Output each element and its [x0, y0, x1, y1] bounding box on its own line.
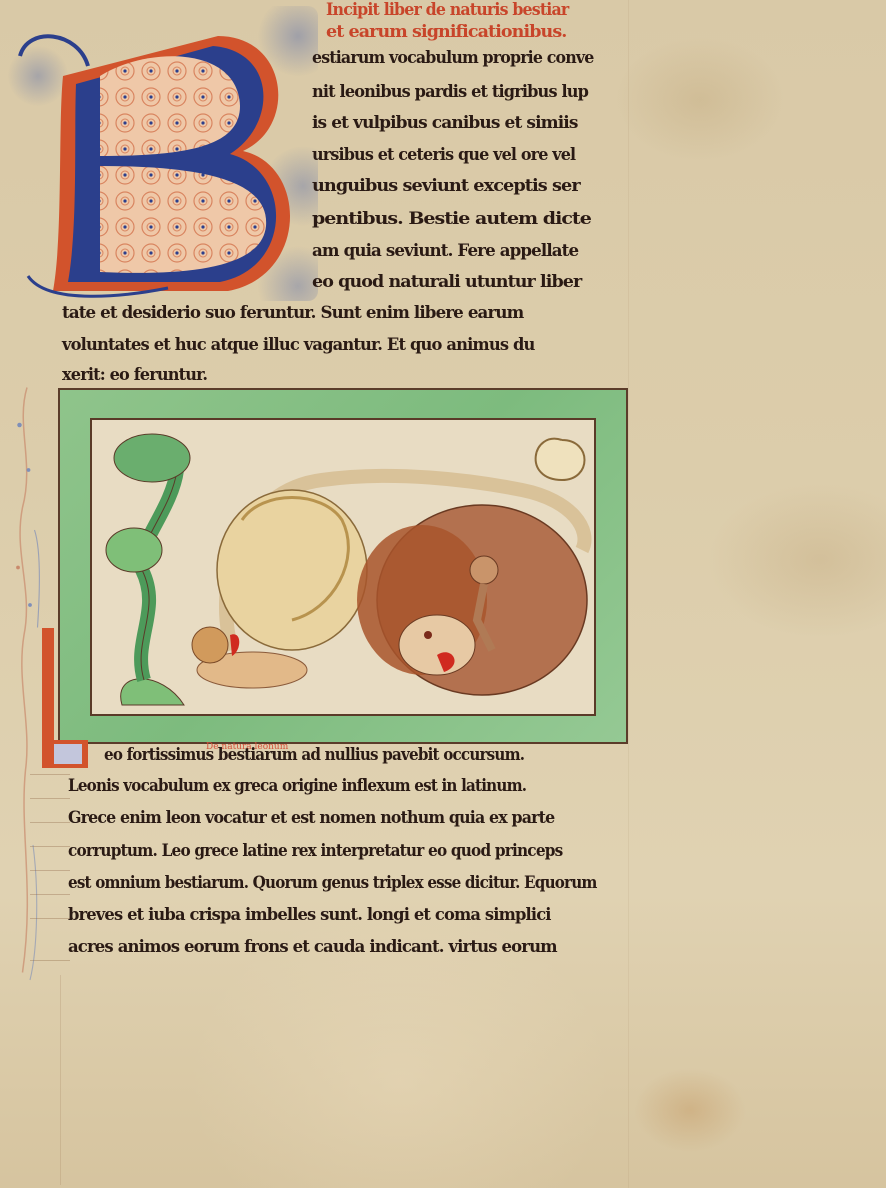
initial-l-infill — [54, 744, 82, 764]
initial-b-letter-icon — [8, 6, 318, 301]
text-line: est omnium bestiarum. Quorum genus tripl… — [68, 873, 597, 893]
vertical-ruling — [60, 975, 61, 1185]
text-line: Leonis vocabulum ex greca origine inflex… — [68, 776, 526, 796]
ruling-line — [30, 894, 70, 895]
initial-l: L — [36, 628, 88, 768]
text-line: tate et desiderio suo feruntur. Sunt eni… — [62, 303, 523, 323]
illustration-frame — [58, 388, 628, 744]
text-line: am quia seviunt. Fere appellate — [312, 241, 578, 261]
text-line: estiarum vocabulum proprie conve — [312, 48, 593, 68]
text-line: is et vulpibus canibus et simiis — [312, 113, 578, 133]
initial-b — [8, 6, 318, 301]
manuscript-page: Incipit liber de naturis bestiar et earu… — [0, 0, 886, 1188]
ruling-line — [30, 822, 70, 823]
rubric-header-line-1: Incipit liber de naturis bestiar — [326, 0, 568, 20]
text-line: eo fortissimus bestiarum ad nullius pave… — [104, 745, 524, 765]
text-line: voluntates et huc atque illuc vagantur. … — [62, 335, 535, 355]
ruling-line — [30, 918, 70, 919]
tree-icon — [106, 434, 190, 705]
vertical-ruling — [628, 0, 629, 1188]
illustration-panel — [90, 418, 596, 716]
text-line: unguibus seviunt exceptis ser — [312, 176, 580, 196]
ruling-line — [30, 960, 70, 961]
text-line: pentibus. Bestie autem dicte — [312, 209, 591, 229]
text-line: nit leonibus pardis et tigribus lup — [312, 82, 588, 102]
second-lion-icon — [357, 505, 587, 695]
ruling-line — [30, 870, 70, 871]
text-line: eo quod naturali utuntur liber — [312, 272, 581, 292]
text-line: Grece enim leon vocatur et est nomen not… — [68, 808, 554, 828]
text-line: corruptum. Leo grece latine rex interpre… — [68, 841, 562, 861]
text-line: xerit: eo feruntur. — [62, 365, 207, 385]
rubric-header-line-2: et earum significationibus. — [326, 22, 566, 42]
ruling-line — [30, 798, 70, 799]
text-line: breves et iuba crispa imbelles sunt. lon… — [68, 905, 551, 925]
lions-illustration — [92, 420, 594, 714]
text-line: acres animos eorum frons et cauda indica… — [68, 937, 557, 957]
ruling-line — [30, 774, 70, 775]
text-line: ursibus et ceteris que vel ore vel — [312, 145, 575, 165]
ruling-line — [30, 846, 70, 847]
